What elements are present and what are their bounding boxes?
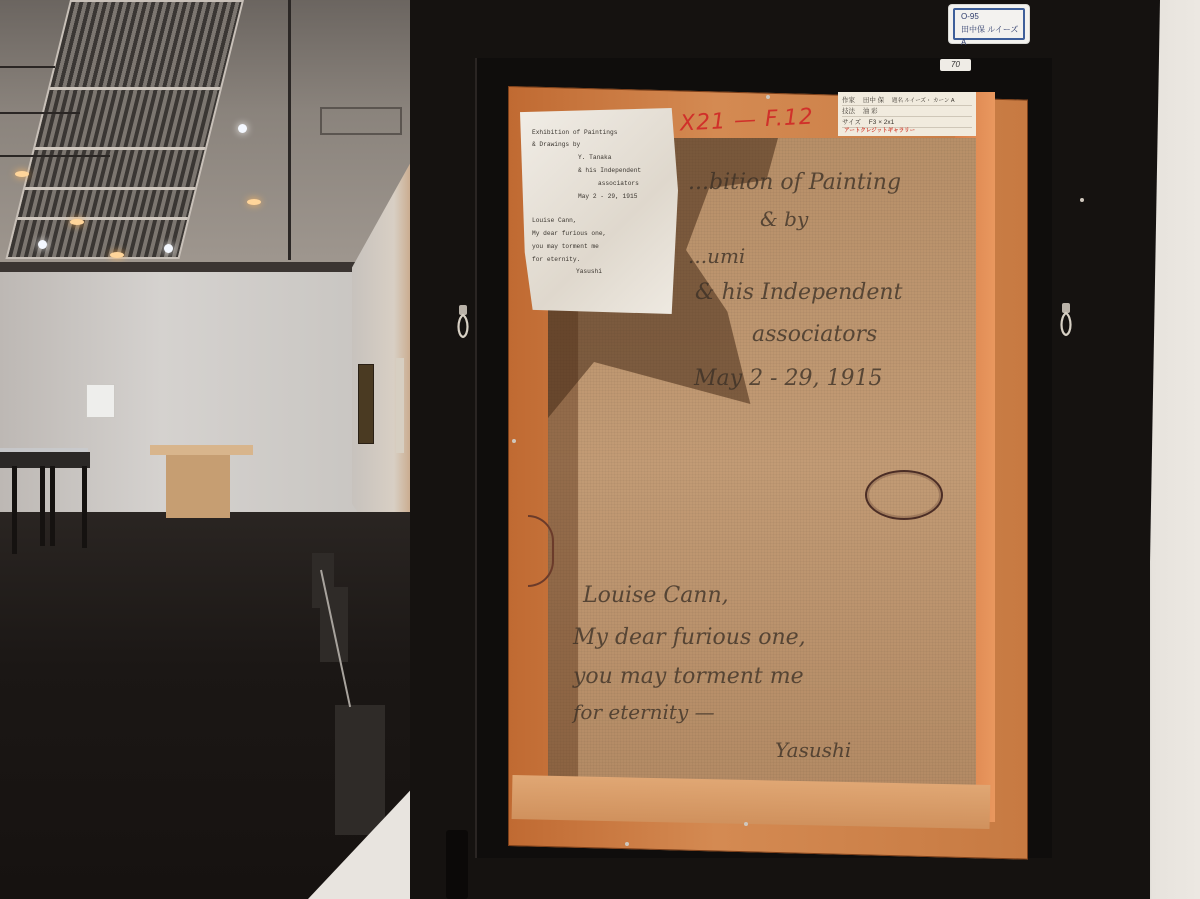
field-size-label: サイズ	[842, 119, 861, 126]
handwriting-line: May 2 - 29, 1915	[694, 366, 882, 391]
distant-panel	[396, 358, 404, 453]
handwriting-line: associators	[752, 322, 877, 347]
handwriting-line: My dear furious one,	[573, 625, 806, 650]
gallery-background	[0, 0, 420, 899]
field-title-value: 題名 ルイーズ・ カーン A	[892, 98, 955, 104]
ceiling-access-panel	[320, 107, 402, 135]
handwriting-line: ...bition of Painting	[688, 170, 901, 195]
frame-foot	[446, 830, 468, 899]
ceiling-light-icon	[15, 171, 29, 177]
spotlight-icon	[238, 124, 247, 133]
table-leg	[82, 466, 87, 548]
note-line: associators	[598, 179, 639, 189]
handwriting-line: Louise Cann,	[583, 583, 729, 608]
note-line: & Drawings by	[532, 140, 580, 150]
barrier-post	[320, 587, 348, 662]
handwriting-line: & by	[760, 207, 808, 231]
oval-stamp-icon	[865, 470, 943, 520]
note-line: for eternity.	[532, 255, 580, 265]
ceiling-seam	[0, 112, 80, 114]
note-line: you may torment me	[532, 242, 599, 252]
note-line: Exhibition of Paintings	[532, 128, 617, 138]
ceiling-track	[288, 0, 291, 260]
nail-icon	[625, 842, 629, 846]
bench-base	[166, 455, 230, 518]
note-signature: Yasushi	[576, 267, 602, 277]
handwriting-signature: Yasushi	[775, 738, 851, 762]
nail-icon	[1080, 198, 1084, 202]
field-medium-label: 技法	[842, 108, 855, 115]
spotlight-icon	[38, 240, 47, 249]
spotlight-icon	[164, 244, 173, 253]
note-line: Y. Tanaka	[578, 153, 611, 163]
distant-painting	[358, 364, 374, 444]
table-leg	[40, 466, 45, 546]
field-artist-value: 田中 保	[863, 97, 884, 104]
nail-icon	[766, 95, 770, 99]
ceiling-seam	[0, 66, 55, 68]
number-tag: 70	[940, 59, 971, 71]
table-leg	[50, 466, 55, 546]
catalog-label: O-95 田中保 ルイーズ A	[949, 5, 1029, 43]
field-size-value: F3 × 2x1	[869, 119, 894, 126]
catalog-title: 田中保 ルイーズ A	[961, 23, 1023, 49]
note-line: Louise Cann,	[532, 216, 577, 226]
gallery-brand: アートクレジットギャラリー	[844, 126, 915, 134]
nail-icon	[744, 822, 748, 826]
field-medium-value: 油 彩	[863, 108, 878, 115]
barrier-post	[335, 705, 385, 835]
note-line: My dear furious one,	[532, 229, 606, 239]
table-leg	[12, 466, 17, 554]
d-ring-hanger-icon	[1058, 303, 1074, 339]
handwriting-line: for eternity —	[573, 700, 715, 724]
note-line: May 2 - 29, 1915	[578, 192, 637, 202]
note-line: & his Independent	[578, 166, 641, 176]
catalog-number: O-95	[961, 10, 1023, 23]
inventory-label: 作家 田中 保 題名 ルイーズ・ カーン A 技法 油 彩 サイズ F3 × 2…	[838, 92, 976, 136]
nail-icon	[512, 439, 516, 443]
d-ring-hanger-icon	[455, 305, 471, 341]
wall-caption-panel	[86, 384, 115, 418]
bench	[150, 445, 253, 455]
ceiling-seam	[0, 155, 110, 157]
ceiling-light-icon	[110, 252, 124, 258]
handwriting-line: you may torment me	[573, 664, 804, 689]
typed-note: Exhibition of Paintings & Drawings by Y.…	[520, 108, 678, 314]
wall-trim	[0, 262, 360, 272]
ceiling-light-icon	[70, 219, 84, 225]
ceiling-light-icon	[247, 199, 261, 205]
handwriting-line: ...umi	[688, 244, 745, 268]
field-artist-label: 作家	[842, 97, 855, 104]
handwriting-line: & his Independent	[695, 280, 902, 305]
